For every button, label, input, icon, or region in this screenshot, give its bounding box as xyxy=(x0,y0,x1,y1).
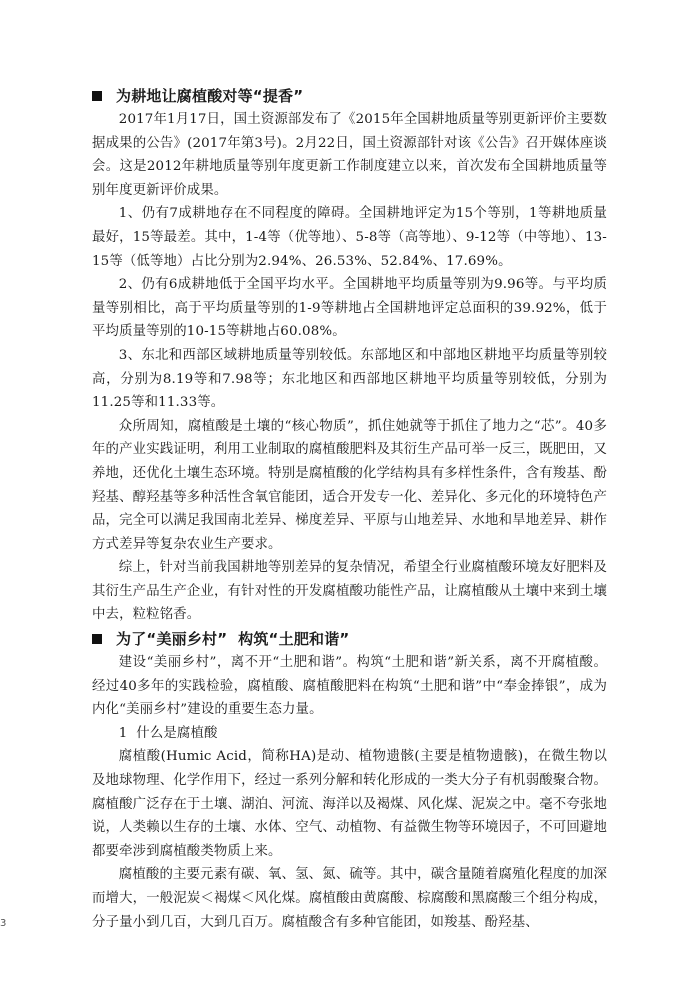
paragraph: 腐植酸(Humic Acid，简称HA)是动、植物遗骸(主要是植物遗骸)，在微生… xyxy=(92,745,607,863)
section-heading-1: 为耕地让腐植酸对等“提香” xyxy=(92,84,607,108)
paragraph: 1、仍有7成耕地存在不同程度的障碍。全国耕地评定为15个等别，1等耕地质量最好，… xyxy=(92,202,607,273)
section-title: 为耕地让腐植酸对等“提香” xyxy=(116,87,303,105)
square-bullet-icon xyxy=(92,634,102,644)
square-bullet-icon xyxy=(92,91,102,101)
document-page: 为耕地让腐植酸对等“提香” 2017年1月17日，国土资源部发布了《2015年全… xyxy=(92,84,607,934)
paragraph: 3、东北和西部区域耕地质量等别较低。东部地区和中部地区耕地平均质量等别较高，分别… xyxy=(92,344,607,415)
paragraph: 2、仍有6成耕地低于全国平均水平。全国耕地平均质量等别为9.96等。与平均质量等… xyxy=(92,273,607,344)
paragraph: 综上，针对当前我国耕地等别差异的复杂情况，希望全行业腐植酸环境友好肥料及其衍生产… xyxy=(92,556,607,627)
section-title: 为了“美丽乡村” 构筑“土肥和谐” xyxy=(116,630,349,648)
page-number: 3 xyxy=(0,918,6,929)
subheading: 1 什么是腐植酸 xyxy=(92,722,607,746)
paragraph: 建设“美丽乡村”，离不开“土肥和谐”。构筑“土肥和谐”新关系，离不开腐植酸。经过… xyxy=(92,651,607,722)
paragraph: 众所周知，腐植酸是土壤的“核心物质”，抓住她就等于抓住了地力之“芯”。40多年的… xyxy=(92,415,607,557)
paragraph: 腐植酸的主要元素有碳、氧、氢、氮、硫等。其中，碳含量随着腐殖化程度的加深而增大，… xyxy=(92,863,607,934)
section-heading-2: 为了“美丽乡村” 构筑“土肥和谐” xyxy=(92,627,607,651)
paragraph: 2017年1月17日，国土资源部发布了《2015年全国耕地质量等别更新评价主要数… xyxy=(92,108,607,202)
